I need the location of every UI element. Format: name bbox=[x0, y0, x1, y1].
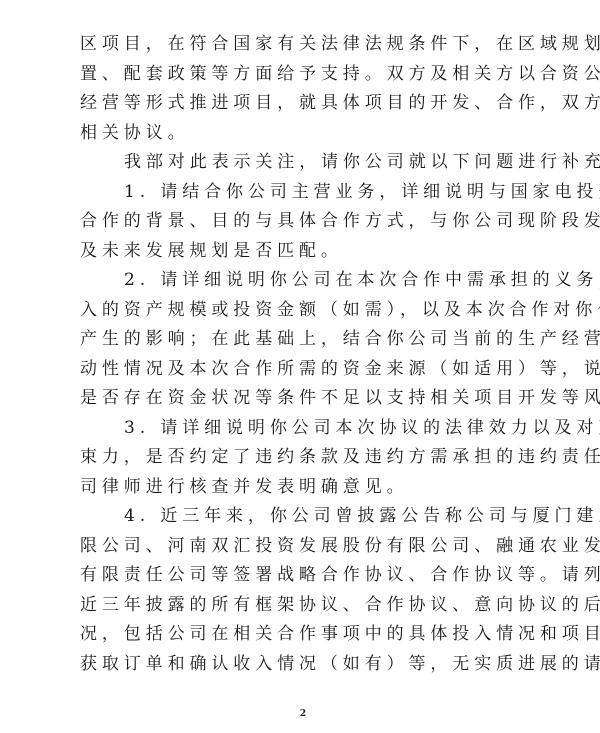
text-line: 产生的影响；在此基础上，结合你公司当前的生产经营状况、流 bbox=[80, 325, 530, 355]
text-line: 区项目，在符合国家有关法律法规条件下，在区域规划、资源配 bbox=[80, 30, 530, 60]
text-line: 司律师进行核查并发表明确意见。 bbox=[80, 473, 530, 503]
text-line: 置、配套政策等方面给予支持。双方及相关方以合资公司、租赁 bbox=[80, 60, 530, 90]
question-1-start: 1. 请结合你公司主营业务，详细说明与国家电投开展本次 bbox=[80, 178, 530, 208]
text-line: 况，包括公司在相关合作事项中的具体投入情况和项目实施进展、 bbox=[80, 620, 530, 650]
text-line: 是否存在资金状况等条件不足以支持相关项目开发等风险。 bbox=[80, 384, 530, 414]
question-3-start: 3. 请详细说明你公司本次协议的法律效力以及对双方的约 bbox=[80, 414, 530, 444]
text-line: 获取订单和确认收入情况（如有）等，无实质进展的请说明具体 bbox=[80, 650, 530, 680]
text-line: 有限责任公司等签署战略合作协议、合作协议等。请列示你公司 bbox=[80, 561, 530, 591]
document-body: 区项目，在符合国家有关法律法规条件下，在区域规划、资源配 置、配套政策等方面给予… bbox=[80, 30, 530, 679]
page-number: 2 bbox=[296, 709, 310, 719]
question-2-start: 2. 请详细说明你公司在本次合作中需承担的义务，预计投 bbox=[80, 266, 530, 296]
text-line: 经营等形式推进项目，就具体项目的开发、合作，双方另行签署 bbox=[80, 89, 530, 119]
text-line: 近三年披露的所有框架协议、合作协议、意向协议的后续进展情 bbox=[80, 591, 530, 621]
text-line: 入的资产规模或投资金额（如需），以及本次合作对你公司可能 bbox=[80, 296, 530, 326]
document-page: 区项目，在符合国家有关法律法规条件下，在区域规划、资源配 置、配套政策等方面给予… bbox=[0, 0, 600, 733]
paragraph-intro: 我部对此表示关注，请你公司就以下问题进行补充说明： bbox=[80, 148, 530, 178]
question-4-start: 4. 近三年来，你公司曾披露公告称公司与厦门建发股份有 bbox=[80, 502, 530, 532]
text-line: 相关协议。 bbox=[80, 119, 530, 149]
text-line: 合作的背景、目的与具体合作方式，与你公司现阶段发展状况以 bbox=[80, 207, 530, 237]
text-line: 束力，是否约定了违约条款及违约方需承担的违约责任。请你公 bbox=[80, 443, 530, 473]
text-line: 及未来发展规划是否匹配。 bbox=[80, 237, 530, 267]
text-line: 动性情况及本次合作所需的资金来源（如适用）等，说明你公司 bbox=[80, 355, 530, 385]
text-line: 限公司、河南双汇投资发展股份有限公司、融通农业发展(武汉) bbox=[80, 532, 530, 562]
